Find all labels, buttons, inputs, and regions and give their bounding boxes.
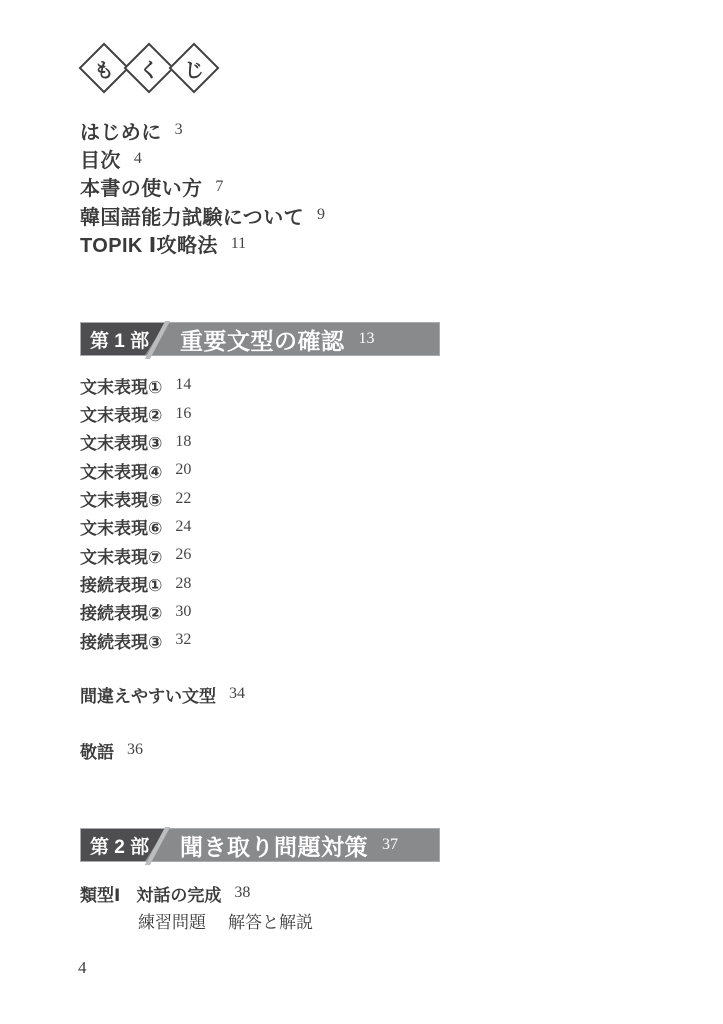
- toc-entry-page: 26: [175, 546, 191, 564]
- diamond-char: も: [80, 43, 128, 93]
- toc-entry: はじめに 3: [80, 116, 325, 144]
- toc-entry-page: 4: [134, 150, 142, 168]
- toc-entry-label: 文末表現②: [80, 401, 162, 426]
- toc-entry-page: 9: [317, 206, 325, 224]
- toc-entry: TOPIK Ⅰ攻略法 11: [80, 230, 325, 258]
- toc-entry-page: 38: [234, 884, 250, 902]
- sub-entry-left: 練習問題: [138, 908, 206, 933]
- toc-entry-page: 28: [175, 575, 191, 593]
- toc-entry-label: 敬語: [80, 738, 114, 763]
- toc-entry-label: 本書の使い方: [80, 172, 202, 201]
- toc-entry-page: 7: [215, 178, 223, 196]
- toc-entry-label: はじめに: [80, 116, 162, 145]
- diamond-char: じ: [170, 43, 218, 93]
- toc-entry: 敬語 36: [80, 736, 143, 764]
- toc-entry-label: 韓国語能力試験について: [80, 201, 304, 230]
- section-title: 重要文型の確認: [180, 323, 345, 356]
- page-number: 4: [78, 958, 87, 978]
- toc-entry: 類型Ⅰ 対話の完成 38: [80, 879, 250, 907]
- toc-entry: 文末表現⑥ 24: [80, 513, 191, 541]
- entry-title: 対話の完成: [136, 881, 221, 906]
- toc-entry-page: 24: [175, 518, 191, 536]
- toc-entry: 文末表現③ 18: [80, 428, 191, 456]
- toc-entry-label: 接続表現①: [80, 571, 162, 596]
- entry-type-label: 類型Ⅰ: [80, 881, 120, 906]
- toc-entry-label: 接続表現②: [80, 599, 162, 624]
- toc-entry: 韓国語能力試験について 9: [80, 201, 325, 229]
- front-matter-list: はじめに 3 目次 4 本書の使い方 7 韓国語能力試験について 9 TOPIK…: [80, 116, 325, 258]
- toc-entry: 文末表現⑦ 26: [80, 541, 191, 569]
- toc-entry-page: 22: [175, 490, 191, 508]
- toc-entry-page: 3: [175, 121, 183, 139]
- section-page: 13: [359, 330, 375, 348]
- toc-entry-page: 14: [175, 376, 191, 394]
- part1-item-list: 文末表現① 14 文末表現② 16 文末表現③ 18 文末表現④ 20 文末表現…: [80, 371, 191, 654]
- toc-entry: 目次 4: [80, 144, 325, 172]
- toc-entry-label: 文末表現⑤: [80, 486, 162, 511]
- section-bar-part2: 第 2 部 聞き取り問題対策 37: [80, 828, 440, 862]
- sub-entry-right: 解答と解説: [228, 908, 313, 933]
- toc-entry-label: TOPIK Ⅰ攻略法: [80, 229, 218, 258]
- diamond-shape: じ: [170, 43, 218, 93]
- toc-sub-entry: 練習問題 解答と解説: [138, 906, 313, 934]
- toc-entry-label: 文末表現①: [80, 373, 162, 398]
- toc-entry-page: 36: [127, 741, 143, 759]
- diamond-shape: も: [80, 43, 128, 93]
- toc-entry: 接続表現② 30: [80, 598, 191, 626]
- toc-entry-page: 16: [175, 405, 191, 423]
- toc-entry: 文末表現① 14: [80, 371, 191, 399]
- section-title: 聞き取り問題対策: [180, 829, 368, 862]
- diamond-shape: く: [125, 43, 173, 93]
- toc-entry: 間違えやすい文型 34: [80, 680, 245, 708]
- toc-entry-page: 11: [231, 235, 246, 253]
- mokuji-heading: も く じ: [80, 43, 215, 93]
- toc-entry: 接続表現① 28: [80, 569, 191, 597]
- toc-entry-page: 30: [175, 603, 191, 621]
- toc-entry-label: 接続表現③: [80, 628, 162, 653]
- section-page: 37: [382, 836, 398, 854]
- toc-entry-label: 目次: [80, 144, 121, 173]
- toc-entry-page: 32: [175, 631, 191, 649]
- toc-entry-label: 文末表現③: [80, 429, 162, 454]
- part-label: 第 1 部: [90, 323, 149, 355]
- toc-entry: 文末表現② 16: [80, 399, 191, 427]
- toc-entry-page: 18: [175, 433, 191, 451]
- toc-entry: 本書の使い方 7: [80, 173, 325, 201]
- toc-entry-label: 文末表現⑥: [80, 514, 162, 539]
- toc-entry: 文末表現④ 20: [80, 456, 191, 484]
- toc-entry-page: 20: [175, 461, 191, 479]
- part-label: 第 2 部: [90, 829, 149, 861]
- diamond-char: く: [125, 43, 173, 93]
- toc-entry-label: 文末表現④: [80, 458, 162, 483]
- toc-entry-label: 間違えやすい文型: [80, 682, 216, 707]
- toc-page: も く じ はじめに 3 目次 4 本書の使い方 7: [0, 0, 723, 1024]
- toc-entry-label: 文末表現⑦: [80, 543, 162, 568]
- toc-entry-page: 34: [229, 685, 245, 703]
- section-bar-part1: 第 1 部 重要文型の確認 13: [80, 322, 440, 356]
- toc-entry: 接続表現③ 32: [80, 626, 191, 654]
- toc-entry: 文末表現⑤ 22: [80, 484, 191, 512]
